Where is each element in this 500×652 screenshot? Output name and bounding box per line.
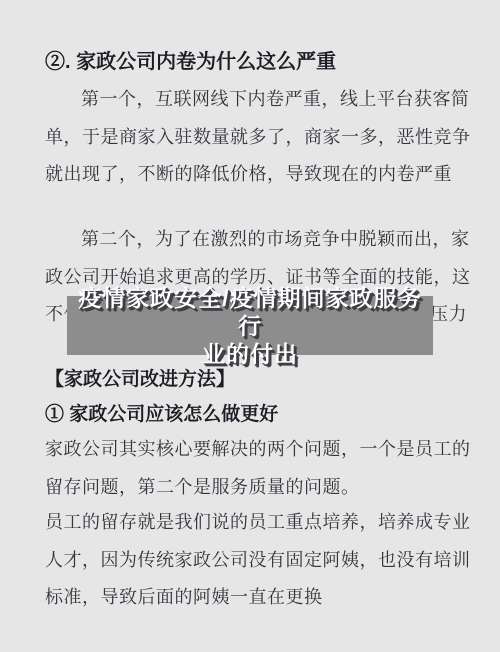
paragraph-line: 员工的留存就是我们说的员工重点培养，培养成专业 bbox=[45, 504, 467, 542]
question-heading: ① 家政公司应该怎么做更好 bbox=[45, 396, 467, 434]
article-page: ②. 家政公司内卷为什么这么严重 第一个，互联网线下内卷严重，线上平台获客简 单… bbox=[0, 0, 500, 652]
question-heading-block: ① 家政公司应该怎么做更好 bbox=[45, 396, 467, 434]
paragraph-line: 第一个，互联网线下内卷严重，线上平台获客简 bbox=[45, 81, 467, 119]
paragraph-line: 留存问题，第二个是服务质量的问题。 bbox=[45, 469, 467, 507]
paragraph-line: 就出现了，不断的降低价格，导致现在的内卷严重 bbox=[45, 156, 467, 194]
paragraph-1: 第一个，互联网线下内卷严重，线上平台获客简 单，于是商家入驻数量就多了，商家一多… bbox=[45, 81, 467, 194]
watermark-text-line1: 疫情家政安全/疫情期间家政服务行 bbox=[67, 284, 433, 340]
paragraph-line: 标准，导致后面的阿姨一直在更换 bbox=[45, 579, 467, 617]
paragraph-line: 单，于是商家入驻数量就多了，商家一多，恶性竞争 bbox=[45, 119, 467, 157]
paragraph-4: 员工的留存就是我们说的员工重点培养，培养成专业 人才，因为传统家政公司没有固定阿… bbox=[45, 504, 467, 617]
watermark-banner: 疫情家政安全/疫情期间家政服务行 业的付出 bbox=[67, 296, 433, 355]
section-heading-block: ②. 家政公司内卷为什么这么严重 bbox=[45, 44, 467, 82]
section-heading: ②. 家政公司内卷为什么这么严重 bbox=[45, 44, 467, 82]
paragraph-3: 家政公司其实核心要解决的两个问题，一个是员工的 留存问题，第二个是服务质量的问题… bbox=[45, 431, 467, 506]
paragraph-line: 家政公司其实核心要解决的两个问题，一个是员工的 bbox=[45, 431, 467, 469]
paragraph-line: 第二个，为了在激烈的市场竞争中脱颖而出，家 bbox=[45, 221, 467, 259]
watermark-text-line2: 业的付出 bbox=[202, 340, 298, 368]
paragraph-line: 人才，因为传统家政公司没有固定阿姨，也没有培训 bbox=[45, 542, 467, 580]
